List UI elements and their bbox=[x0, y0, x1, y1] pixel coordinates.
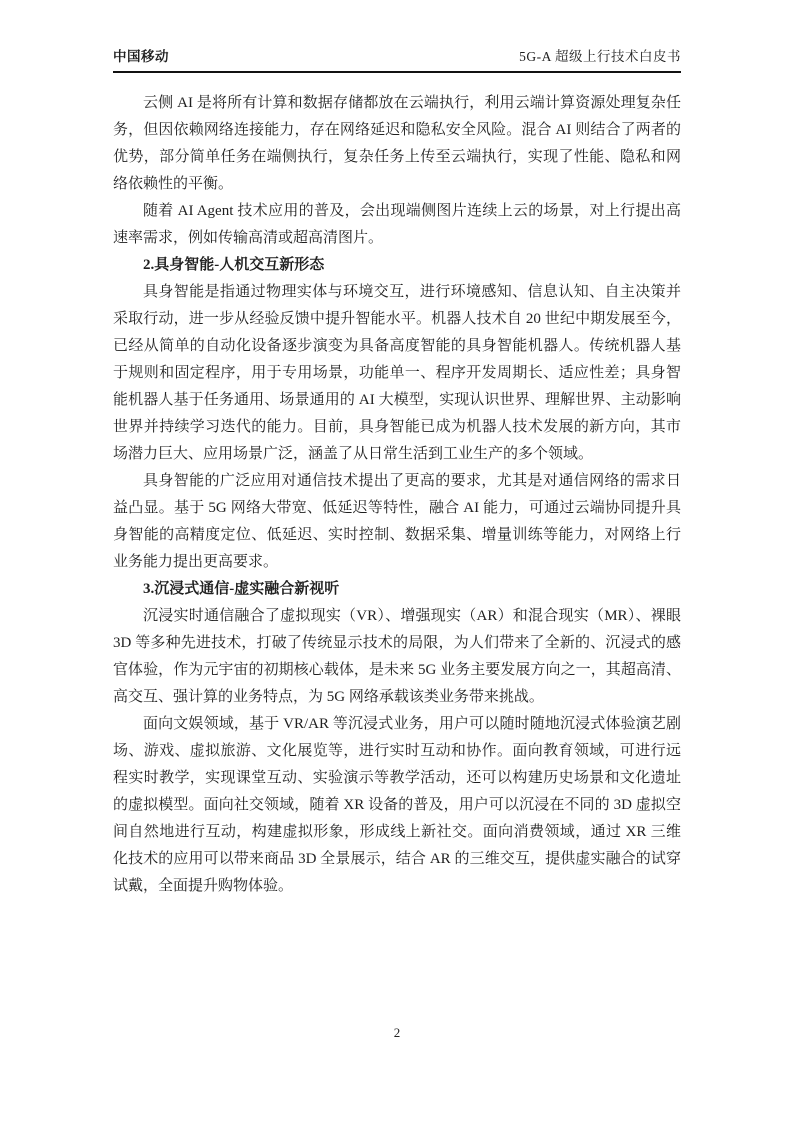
paragraph-ai-agent: 随着 AI Agent 技术应用的普及，会出现端侧图片连续上云的场景，对上行提出… bbox=[113, 198, 681, 252]
paragraph-cloud-ai: 云侧 AI 是将所有计算和数据存储都放在云端执行，利用云端计算资源处理复杂任务，… bbox=[113, 90, 681, 198]
paragraph-embodied-intelligence-intro: 具身智能是指通过物理实体与环境交互，进行环境感知、信息认知、自主决策并采取行动，… bbox=[113, 279, 681, 468]
header-company-name: 中国移动 bbox=[113, 48, 169, 65]
header-document-title: 5G-A 超级上行技术白皮书 bbox=[519, 48, 681, 65]
page-number: 2 bbox=[394, 1025, 401, 1040]
paragraph-immersive-intro: 沉浸实时通信融合了虚拟现实（VR）、增强现实（AR）和混合现实（MR）、裸眼 3… bbox=[113, 603, 681, 711]
section-heading-immersive-communication: 3.沉浸式通信-虚实融合新视听 bbox=[113, 576, 681, 603]
page-header: 中国移动 5G-A 超级上行技术白皮书 bbox=[113, 48, 681, 73]
paragraph-embodied-intelligence-network: 具身智能的广泛应用对通信技术提出了更高的要求，尤其是对通信网络的需求日益凸显。基… bbox=[113, 468, 681, 576]
paragraph-immersive-applications: 面向文娱领域，基于 VR/AR 等沉浸式业务，用户可以随时随地沉浸式体验演艺剧场… bbox=[113, 711, 681, 900]
document-page: 中国移动 5G-A 超级上行技术白皮书 云侧 AI 是将所有计算和数据存储都放在… bbox=[0, 0, 794, 1123]
document-body: 云侧 AI 是将所有计算和数据存储都放在云端执行，利用云端计算资源处理复杂任务，… bbox=[113, 90, 681, 900]
section-heading-embodied-intelligence: 2.具身智能-人机交互新形态 bbox=[113, 252, 681, 279]
page-footer: 2 bbox=[0, 1025, 794, 1041]
